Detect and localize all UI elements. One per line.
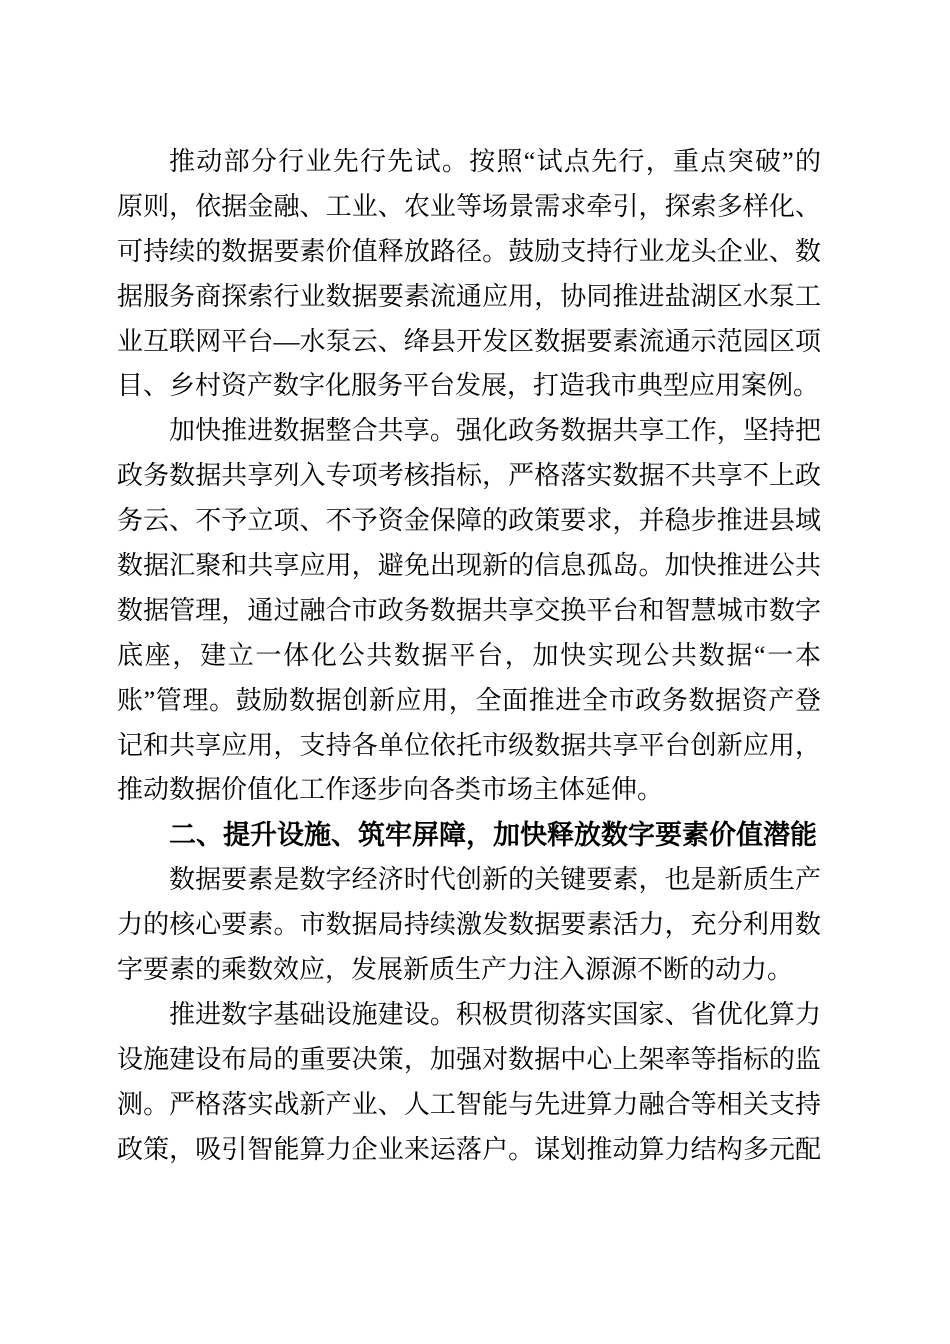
text-line: 业互联网平台—水泵云、绛县开发区数据要素流通示范园区项 (117, 320, 821, 365)
text-line: 务云、不予立项、不予资金保障的政策要求，并稳步推进县域 (117, 499, 821, 544)
text-line: 政务数据共享列入专项考核指标，严格落实数据不共享不上政 (117, 454, 821, 499)
text-line: 据服务商探索行业数据要素流通应用，协同推进盐湖区水泵工 (117, 275, 821, 320)
text-line: 底座，建立一体化公共数据平台，加快实现公共数据“一本 (117, 634, 821, 679)
text-line: 政策，吸引智能算力企业来运落户。谋划推动算力结构多元配 (117, 1128, 821, 1173)
text-line: 推进数字基础设施建设。积极贯彻落实国家、省优化算力 (117, 993, 821, 1038)
document-page: 推动部分行业先行先试。按照“试点先行，重点突破”的 原则，依据金融、工业、农业等… (0, 0, 950, 1344)
text-line: 测。严格落实战新产业、人工智能与先进算力融合等相关支持 (117, 1083, 821, 1128)
text-line: 账”管理。鼓励数据创新应用，全面推进全市政务数据资产登 (117, 679, 821, 724)
text-line: 目、乡村资产数字化服务平台发展，打造我市典型应用案例。 (117, 364, 821, 409)
document-body: 推动部分行业先行先试。按照“试点先行，重点突破”的 原则，依据金融、工业、农业等… (117, 140, 821, 1172)
text-line: 推动部分行业先行先试。按照“试点先行，重点突破”的 (117, 140, 821, 185)
text-line: 原则，依据金融、工业、农业等场景需求牵引，探索多样化、 (117, 185, 821, 230)
text-line: 力的核心要素。市数据局持续激发数据要素活力，充分利用数 (117, 903, 821, 948)
section-heading: 二、提升设施、筑牢屏障，加快释放数字要素价值潜能 (117, 813, 821, 858)
text-line: 数据管理，通过融合市政务数据共享交换平台和智慧城市数字 (117, 589, 821, 634)
text-line: 数据要素是数字经济时代创新的关键要素，也是新质生产 (117, 858, 821, 903)
text-line: 设施建设布局的重要决策，加强对数据中心上架率等指标的监 (117, 1038, 821, 1083)
text-line: 字要素的乘数效应，发展新质生产力注入源源不断的动力。 (117, 948, 821, 993)
text-line: 数据汇聚和共享应用，避免出现新的信息孤岛。加快推进公共 (117, 544, 821, 589)
text-line: 推动数据价值化工作逐步向各类市场主体延伸。 (117, 768, 821, 813)
text-line: 加快推进数据整合共享。强化政务数据共享工作，坚持把 (117, 409, 821, 454)
text-line: 可持续的数据要素价值释放路径。鼓励支持行业龙头企业、数 (117, 230, 821, 275)
text-line: 记和共享应用，支持各单位依托市级数据共享平台创新应用， (117, 724, 821, 769)
